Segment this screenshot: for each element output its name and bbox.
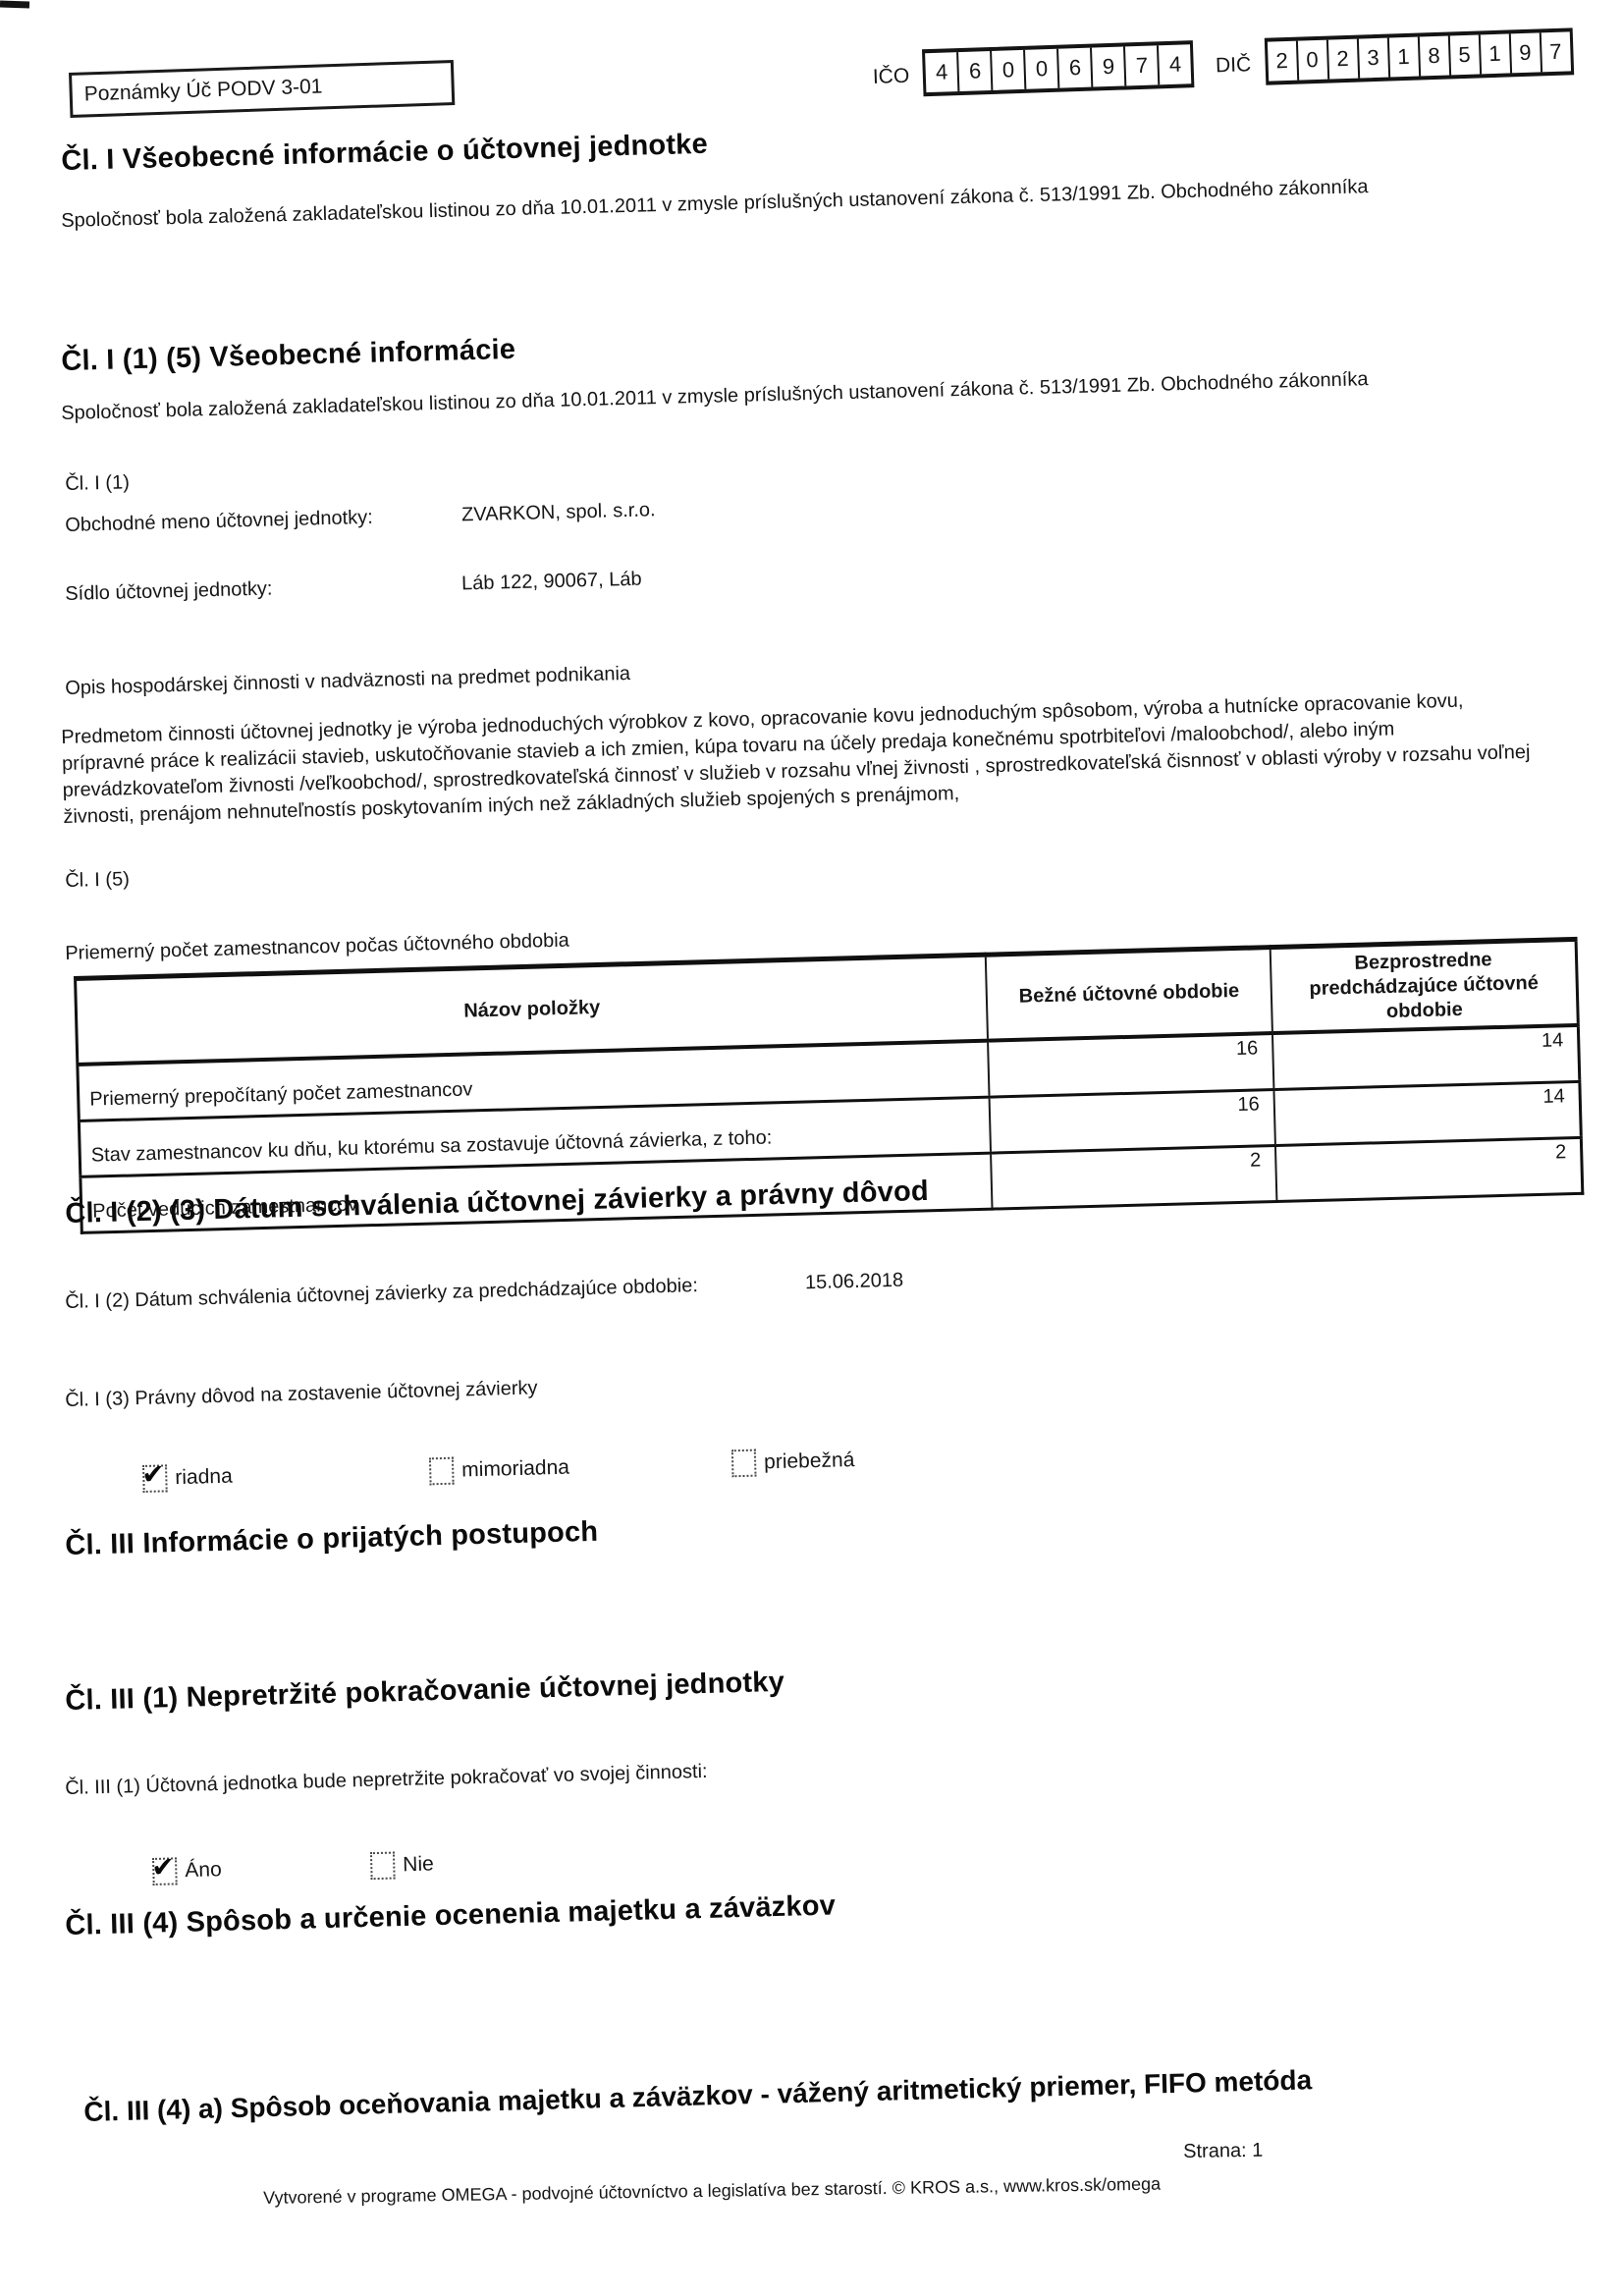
continuity-options: ✔ Áno ✔ Nie xyxy=(152,1842,742,1893)
checkbox-mimoriadna: ✔ xyxy=(429,1457,455,1486)
row-previous-value: 2 xyxy=(1275,1137,1583,1201)
legal-reason-options: ✔ riadna ✔ mimoriadna ✔ priebežná xyxy=(142,1442,1027,1501)
option-priebezna: ✔ priebežná xyxy=(731,1447,855,1477)
ico-digit: 7 xyxy=(1123,45,1158,85)
row-previous-value: 14 xyxy=(1272,1025,1580,1090)
page-number: Strana: 1 xyxy=(1183,2140,1264,2163)
option-label-priebezna: priebežná xyxy=(764,1449,855,1474)
option-nie: ✔ Nie xyxy=(370,1850,434,1880)
scanned-document-page: Poznámky Úč PODV 3-01 IČO 4 6 0 0 6 9 7 … xyxy=(0,0,1623,2296)
ico-digit-boxes: 4 6 0 0 6 9 7 4 xyxy=(922,40,1194,96)
ico-digit: 9 xyxy=(1090,46,1124,86)
option-label-mimoriadna: mimoriadna xyxy=(461,1456,569,1483)
dic-digit: 2 xyxy=(1267,41,1296,82)
ico-digit: 6 xyxy=(956,51,991,91)
dic-digit-boxes: 2 0 2 3 1 8 5 1 9 7 xyxy=(1264,27,1573,84)
dic-digit: 5 xyxy=(1447,35,1479,76)
dic-label: DIČ xyxy=(1216,53,1252,78)
row-current-value: 16 xyxy=(988,1033,1273,1097)
sub-label-cl-i-1: Čl. I (1) xyxy=(65,471,130,496)
dic-digit: 1 xyxy=(1386,37,1418,78)
section-heading-valuation: Čl. III (4) Spôsob a určenie ocenenia ma… xyxy=(65,1889,836,1942)
dic-digit: 1 xyxy=(1478,33,1509,74)
dic-digit: 0 xyxy=(1295,40,1326,81)
option-ano: ✔ Áno xyxy=(152,1856,222,1886)
activity-label: Opis hospodárskej činnosti v nadväznosti… xyxy=(65,663,630,700)
business-name-value: ZVARKON, spol. s.r.o. xyxy=(461,499,656,526)
approval-date-label: Čl. I (2) Dátum schválenia účtovnej závi… xyxy=(65,1272,805,1314)
ico-digit: 0 xyxy=(1023,49,1057,89)
column-header-current: Bežné účtovné obdobie xyxy=(986,948,1272,1041)
approval-date-value: 15.06.2018 xyxy=(805,1270,904,1295)
check-icon: ✔ xyxy=(141,1460,165,1489)
continuity-statement: Čl. III (1) Účtovná jednotka bude nepret… xyxy=(65,1761,708,1800)
form-code: Poznámky Úč PODV 3-01 xyxy=(83,75,322,106)
ico-digit: 4 xyxy=(925,52,957,92)
business-name-label: Obchodné meno účtovnej jednotky: xyxy=(65,504,461,537)
activity-paragraph: Predmetom činnosti účtovnej jednotky je … xyxy=(61,686,1541,831)
ico-digit: 6 xyxy=(1056,48,1091,88)
section-heading-procedures: Čl. III Informácie o prijatých postupoch xyxy=(65,1516,599,1562)
general-paragraph: Spoločnosť bola založená zakladateľskou … xyxy=(61,173,1504,233)
dic-digit: 9 xyxy=(1508,32,1540,73)
section-heading-continuity: Čl. III (1) Nepretržité pokračovanie účt… xyxy=(65,1667,784,1718)
approval-date-row: Čl. I (2) Dátum schválenia účtovnej závi… xyxy=(65,1270,903,1314)
checkbox-priebezna: ✔ xyxy=(731,1449,757,1478)
scan-artifact xyxy=(0,0,29,8)
option-label-nie: Nie xyxy=(403,1852,434,1877)
ico-digit: 4 xyxy=(1157,44,1191,84)
id-numbers-row: IČO 4 6 0 0 6 9 7 4 DIČ 2 0 2 3 1 8 5 1 … xyxy=(872,27,1574,98)
ico-digit: 0 xyxy=(990,50,1024,90)
business-name-row: Obchodné meno účtovnej jednotky: ZVARKON… xyxy=(65,499,656,537)
footer-credit: Vytvorené v programe OMEGA - podvojné úč… xyxy=(263,2174,1161,2209)
checkbox-ano: ✔ xyxy=(152,1857,178,1886)
dic-digit: 7 xyxy=(1539,31,1570,72)
sub-label-cl-i-5: Čl. I (5) xyxy=(65,868,130,893)
checkbox-riadna: ✔ xyxy=(142,1464,168,1493)
option-label-ano: Áno xyxy=(185,1858,222,1883)
row-current-value: 16 xyxy=(990,1090,1275,1154)
ico-label: IČO xyxy=(872,65,909,89)
check-icon: ✔ xyxy=(151,1853,175,1882)
general-detail-paragraph: Spoločnosť bola založená zakladateľskou … xyxy=(61,365,1504,425)
seat-row: Sídlo účtovnej jednotky: Láb 122, 90067,… xyxy=(65,569,642,606)
form-code-box: Poznámky Úč PODV 3-01 xyxy=(69,60,455,118)
dic-digit: 3 xyxy=(1356,38,1387,79)
section-heading-general: Čl. I Všeobecné informácie o účtovnej je… xyxy=(61,129,708,178)
checkbox-nie: ✔ xyxy=(370,1852,396,1881)
column-header-previous: Bezprostredne predchádzajúce účtovné obd… xyxy=(1271,939,1579,1033)
employees-table-caption: Priemerný počet zamestnancov počas účtov… xyxy=(65,930,569,965)
row-previous-value: 14 xyxy=(1273,1081,1581,1145)
option-label-riadna: riadna xyxy=(175,1465,233,1491)
seat-value: Láb 122, 90067, Láb xyxy=(461,569,642,596)
seat-label: Sídlo účtovnej jednotky: xyxy=(65,573,461,606)
section-heading-valuation-method: Čl. III (4) a) Spôsob oceňovania majetku… xyxy=(83,2064,1313,2128)
section-heading-general-detail: Čl. I (1) (5) Všeobecné informácie xyxy=(61,334,516,378)
option-riadna: ✔ riadna xyxy=(142,1463,233,1493)
dic-digit: 8 xyxy=(1417,36,1448,77)
option-mimoriadna: ✔ mimoriadna xyxy=(429,1454,569,1486)
dic-digit: 2 xyxy=(1325,39,1357,80)
row-current-value: 2 xyxy=(991,1146,1276,1210)
legal-reason-label: Čl. I (3) Právny dôvod na zostavenie účt… xyxy=(65,1377,538,1412)
